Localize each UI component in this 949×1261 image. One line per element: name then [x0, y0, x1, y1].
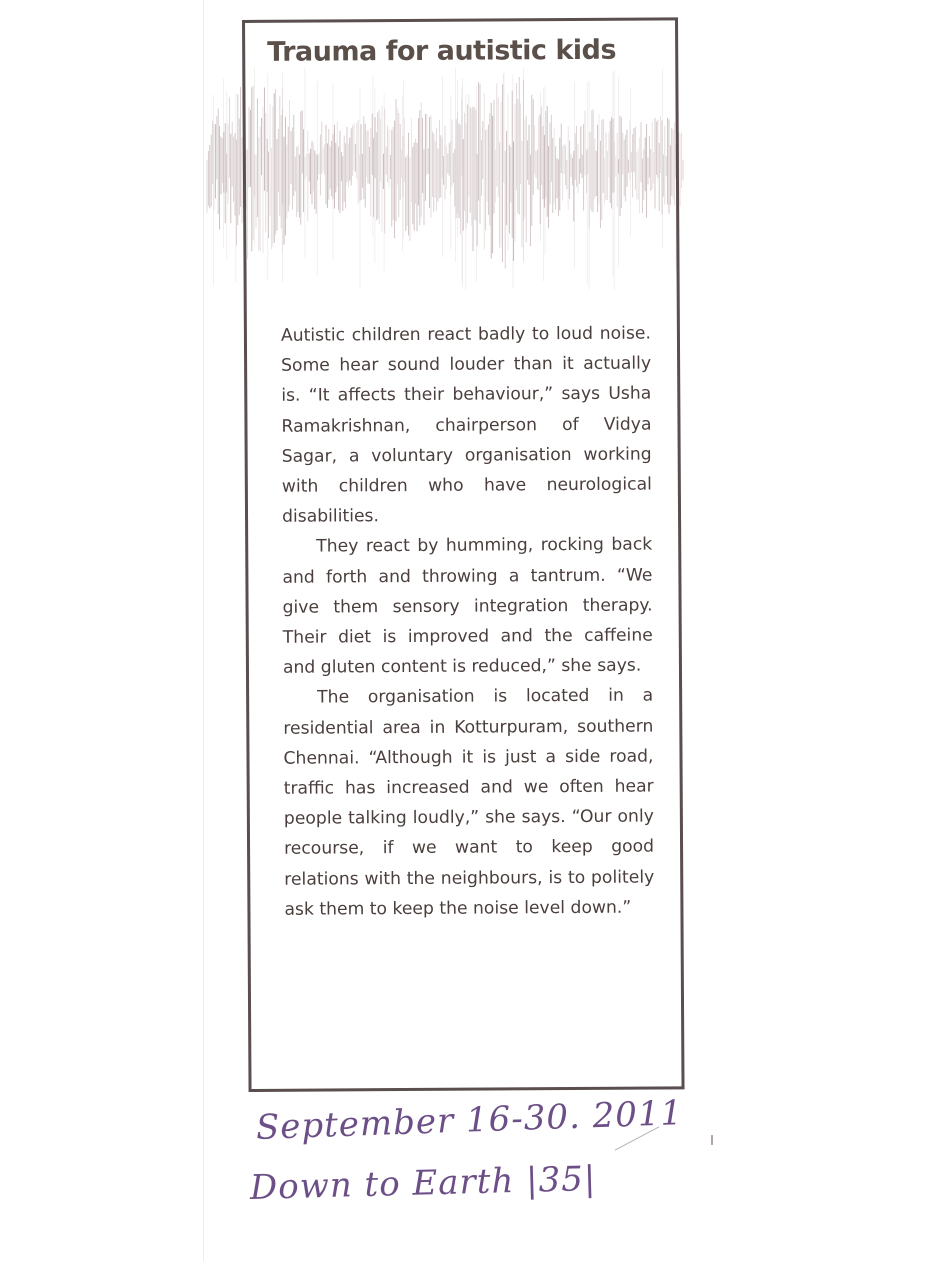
handwritten-source: Down to Earth |35| [249, 1159, 596, 1208]
scan-speck [711, 1135, 713, 1145]
paragraph: Autistic children react badly to loud no… [281, 319, 652, 533]
paragraph: The organisation is located in a residen… [283, 681, 654, 925]
scan-page-edge [203, 0, 204, 1261]
paragraph: They react by humming, rock­ing back and… [282, 530, 653, 683]
handwritten-date: September 16-30. 2011 [255, 1093, 683, 1148]
article-body: Autistic children react badly to loud no… [281, 319, 655, 925]
news-clipping: Trauma for autistic kids Autistic childr… [242, 17, 685, 1092]
headline: Trauma for autistic kids [267, 35, 616, 68]
